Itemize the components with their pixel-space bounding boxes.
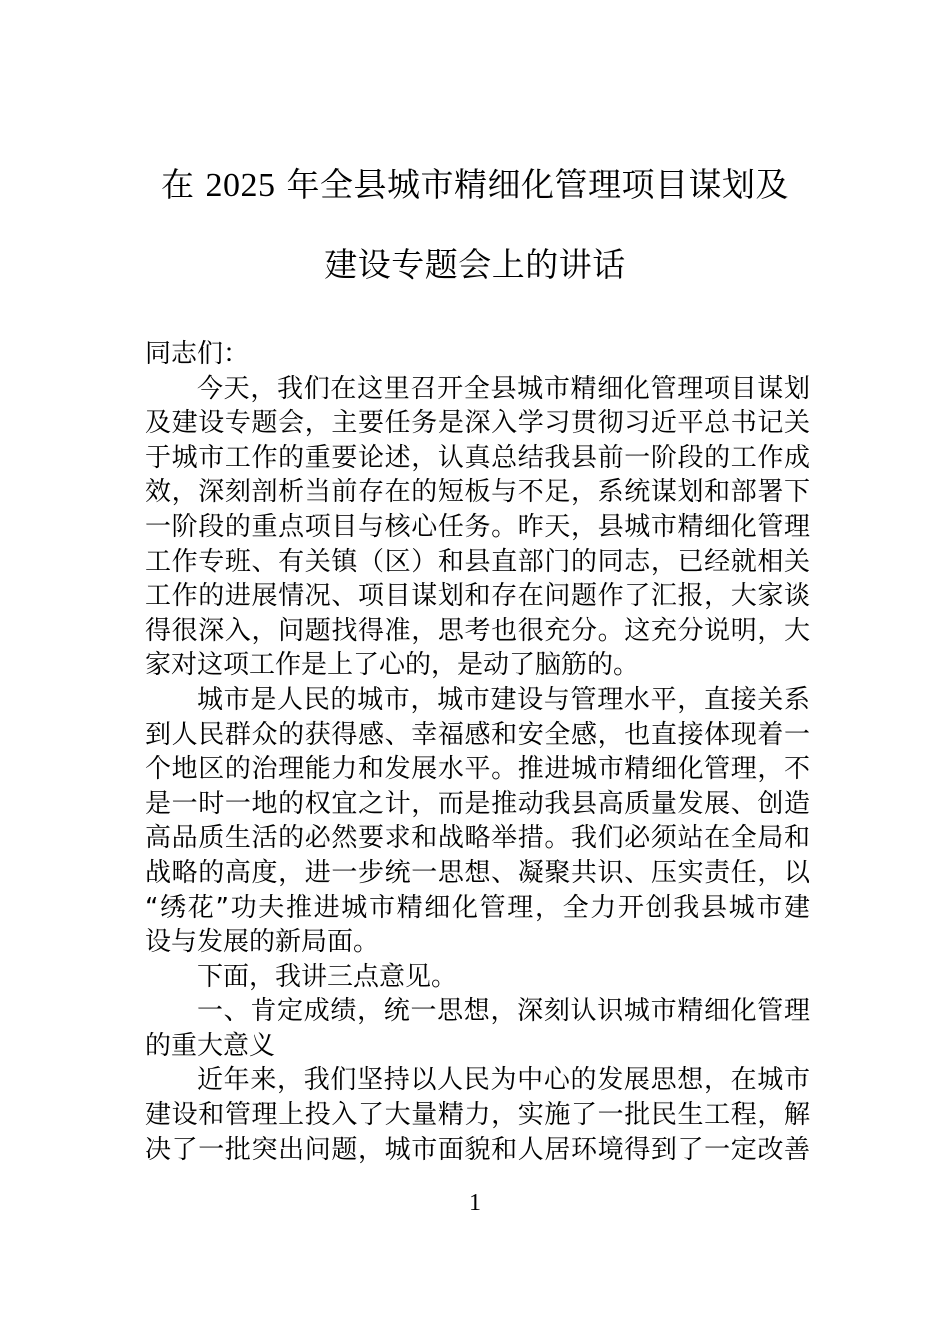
body-line: 设与发展的新局面。: [145, 925, 810, 960]
title-text: 建设专题会上的讲话: [324, 245, 626, 284]
body-line: 个地区的治理能力和发展水平。推进城市精细化管理，不: [145, 752, 810, 787]
body-line: 效，深刻剖析当前存在的短板与不足，系统谋划和部署下: [145, 475, 810, 510]
body-line: 一阶段的重点项目与核心任务。昨天，县城市精细化管理: [145, 510, 810, 545]
body-line: 家对这项工作是上了心的，是动了脑筋的。: [145, 648, 810, 683]
title-text: 年全县城市精细化管理项目谋划及: [276, 165, 790, 204]
body-line: 建设和管理上投入了大量精力，实施了一批民生工程，解: [145, 1098, 810, 1133]
body-line: 高品质生活的必然要求和战略举措。我们必须站在全局和: [145, 821, 810, 856]
salutation: 同志们：: [145, 337, 810, 372]
body-line: 今天，我们在这里召开全县城市精细化管理项目谋划: [145, 372, 810, 407]
document-title-line-1: 在 2025 年全县城市精细化管理项目谋划及: [0, 165, 950, 206]
body-line: “绣花”功夫推进城市精细化管理，全力开创我县城市建: [145, 891, 810, 926]
body-line: 战略的高度，进一步统一思想、凝聚共识、压实责任，以: [145, 856, 810, 891]
body-line: 是一时一地的权宜之计，而是推动我县高质量发展、创造: [145, 787, 810, 822]
body-line: 到人民群众的获得感、幸福感和安全感，也直接体现着一: [145, 718, 810, 753]
title-year: 2025: [206, 167, 276, 204]
body-line: 工作专班、有关镇（区）和县直部门的同志，已经就相关: [145, 545, 810, 580]
body-line: 于城市工作的重要论述，认真总结我县前一阶段的工作成: [145, 441, 810, 476]
body-line: 下面，我讲三点意见。: [145, 960, 810, 995]
document-page: 在 2025 年全县城市精细化管理项目谋划及 建设专题会上的讲话 同志们： 今天…: [0, 0, 950, 1344]
section-heading: 的重大意义: [145, 1029, 810, 1064]
document-body: 同志们： 今天，我们在这里召开全县城市精细化管理项目谋划 及建设专题会，主要任务…: [145, 337, 810, 1167]
body-line: 工作的进展情况、项目谋划和存在问题作了汇报，大家谈: [145, 579, 810, 614]
section-heading: 一、肯定成绩，统一思想，深刻认识城市精细化管理: [145, 994, 810, 1029]
body-line: 近年来，我们坚持以人民为中心的发展思想，在城市: [145, 1063, 810, 1098]
document-title-line-2: 建设专题会上的讲话: [0, 245, 950, 285]
body-line: 及建设专题会，主要任务是深入学习贯彻习近平总书记关: [145, 406, 810, 441]
body-line: 决了一批突出问题，城市面貌和人居环境得到了一定改善: [145, 1133, 810, 1168]
page-number: 1: [0, 1188, 950, 1218]
body-line: 城市是人民的城市，城市建设与管理水平，直接关系: [145, 683, 810, 718]
title-text: 在: [161, 165, 206, 204]
body-line: 得很深入，问题找得准，思考也很充分。这充分说明，大: [145, 614, 810, 649]
